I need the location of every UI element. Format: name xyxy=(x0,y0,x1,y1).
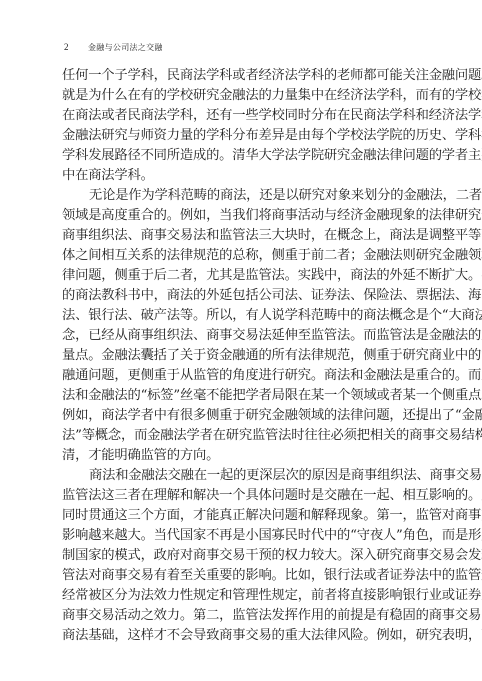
text-line: 的商法教科书中，商法的外延包括公司法、证券法、保险法、票据法、海商法、信托 xyxy=(62,286,422,306)
text-line: 法和金融法的“标签”丝毫不能把学者局限在某一个领域或者某一个侧重点。 xyxy=(62,386,422,406)
text-line: 法、银行法、破产法等。所以，有人说学科范畴中的商法概念是个“大商法”的概 xyxy=(62,306,422,326)
text-line: 法”等概念，而金融法学者在研究监管法时往往必须把相关的商事交易结构厘 xyxy=(62,426,422,446)
text-line: 体之间相互关系的法律规范的总称，侧重于前二者；金融法则研究金融领域的法 xyxy=(62,246,422,266)
text-line: 金融法研究与师资力量的学科分布差异是由每个学校法学院的历史、学科格局、 xyxy=(62,126,422,146)
text-line: 同时贯通这三个方面，才能真正解决问题和解释现象。第一，监管对商事交易的 xyxy=(62,506,422,526)
text-line: 融通问题，更侧重于从监管的角度进行研究。商法和金融法是重合的。而且，商 xyxy=(62,366,422,386)
page-number: 2 xyxy=(64,42,88,52)
text-line: 念，已经从商事组织法、商事交易法延伸至监管法。而监管法是金融法的主要考 xyxy=(62,326,422,346)
text-line: 商事交易活动之效力。第二，监管法发挥作用的前提是有稳固的商事交易的民 xyxy=(62,606,422,626)
paragraph-first-line: 商法和金融法交融在一起的更深层次的原因是商事组织法、商事交易法和 xyxy=(62,466,422,486)
document-page: 2 金融与公司法之交融 任何一个子学科，民商法学科或者经济法学科的老师都可能关注… xyxy=(0,0,482,681)
text-line: 量点。金融法囊括了关于资金融通的所有法律规范，侧重于研究商业中的资金 xyxy=(62,346,422,366)
text-line: 学科发展路径不同所造成的。清华大学法学院研究金融法律问题的学者主要集 xyxy=(62,146,422,166)
text-line: 制国家的模式，政府对商事交易干预的权力较大。深入研究商事交易会发现监 xyxy=(62,546,422,566)
text-line: 律问题，侧重于后二者，尤其是监管法。实践中，商法的外延不断扩大。在统编 xyxy=(62,266,422,286)
text-line: 中在商法学科。 xyxy=(62,166,422,186)
text-line: 在商法或者民商法学科，还有一些学校同时分布在民商法学科和经济法学科。 xyxy=(62,106,422,126)
text-line: 经常被区分为法效力性规定和管理性规定，前者将直接影响银行业或证券业的 xyxy=(62,586,422,606)
text-line: 监管法这三者在理解和解决一个具体问题时是交融在一起、相互影响的。只有 xyxy=(62,486,422,506)
body-text: 任何一个子学科，民商法学科或者经济法学科的老师都可能关注金融问题。这就是为什么在… xyxy=(62,66,422,646)
text-line: 领域是高度重合的。例如，当我们将商事活动与经济金融现象的法律研究分为 xyxy=(62,206,422,226)
text-line: 管法对商事交易有着至关重要的影响。比如，银行法或者证券法中的监管规则， xyxy=(62,566,422,586)
text-line: 就是为什么在有的学校研究金融法的力量集中在经济法学科，而有的学校集中 xyxy=(62,86,422,106)
text-line: 商法基础，这样才不会导致商事交易的重大法律风险。例如，研究表明，商事交 xyxy=(62,626,422,646)
paragraph-first-line: 无论是作为学科范畴的商法，还是以研究对象来划分的金融法，二者的研究 xyxy=(62,186,422,206)
text-line: 清，才能明确监管的方向。 xyxy=(62,446,422,466)
book-title: 金融与公司法之交融 xyxy=(88,42,163,53)
text-line: 任何一个子学科，民商法学科或者经济法学科的老师都可能关注金融问题。这 xyxy=(62,66,422,86)
text-line: 商事组织法、商事交易法和监管法三大块时，在概念上，商法是调整平等商事主 xyxy=(62,226,422,246)
running-header: 2 金融与公司法之交融 xyxy=(64,40,163,54)
text-line: 例如，商法学者中有很多侧重于研究金融领域的法律问题，还提出了“金融商 xyxy=(62,406,422,426)
text-line: 影响越来越大。当代国家不再是小国寡民时代中的“守夜人”角色，而是形成规 xyxy=(62,526,422,546)
